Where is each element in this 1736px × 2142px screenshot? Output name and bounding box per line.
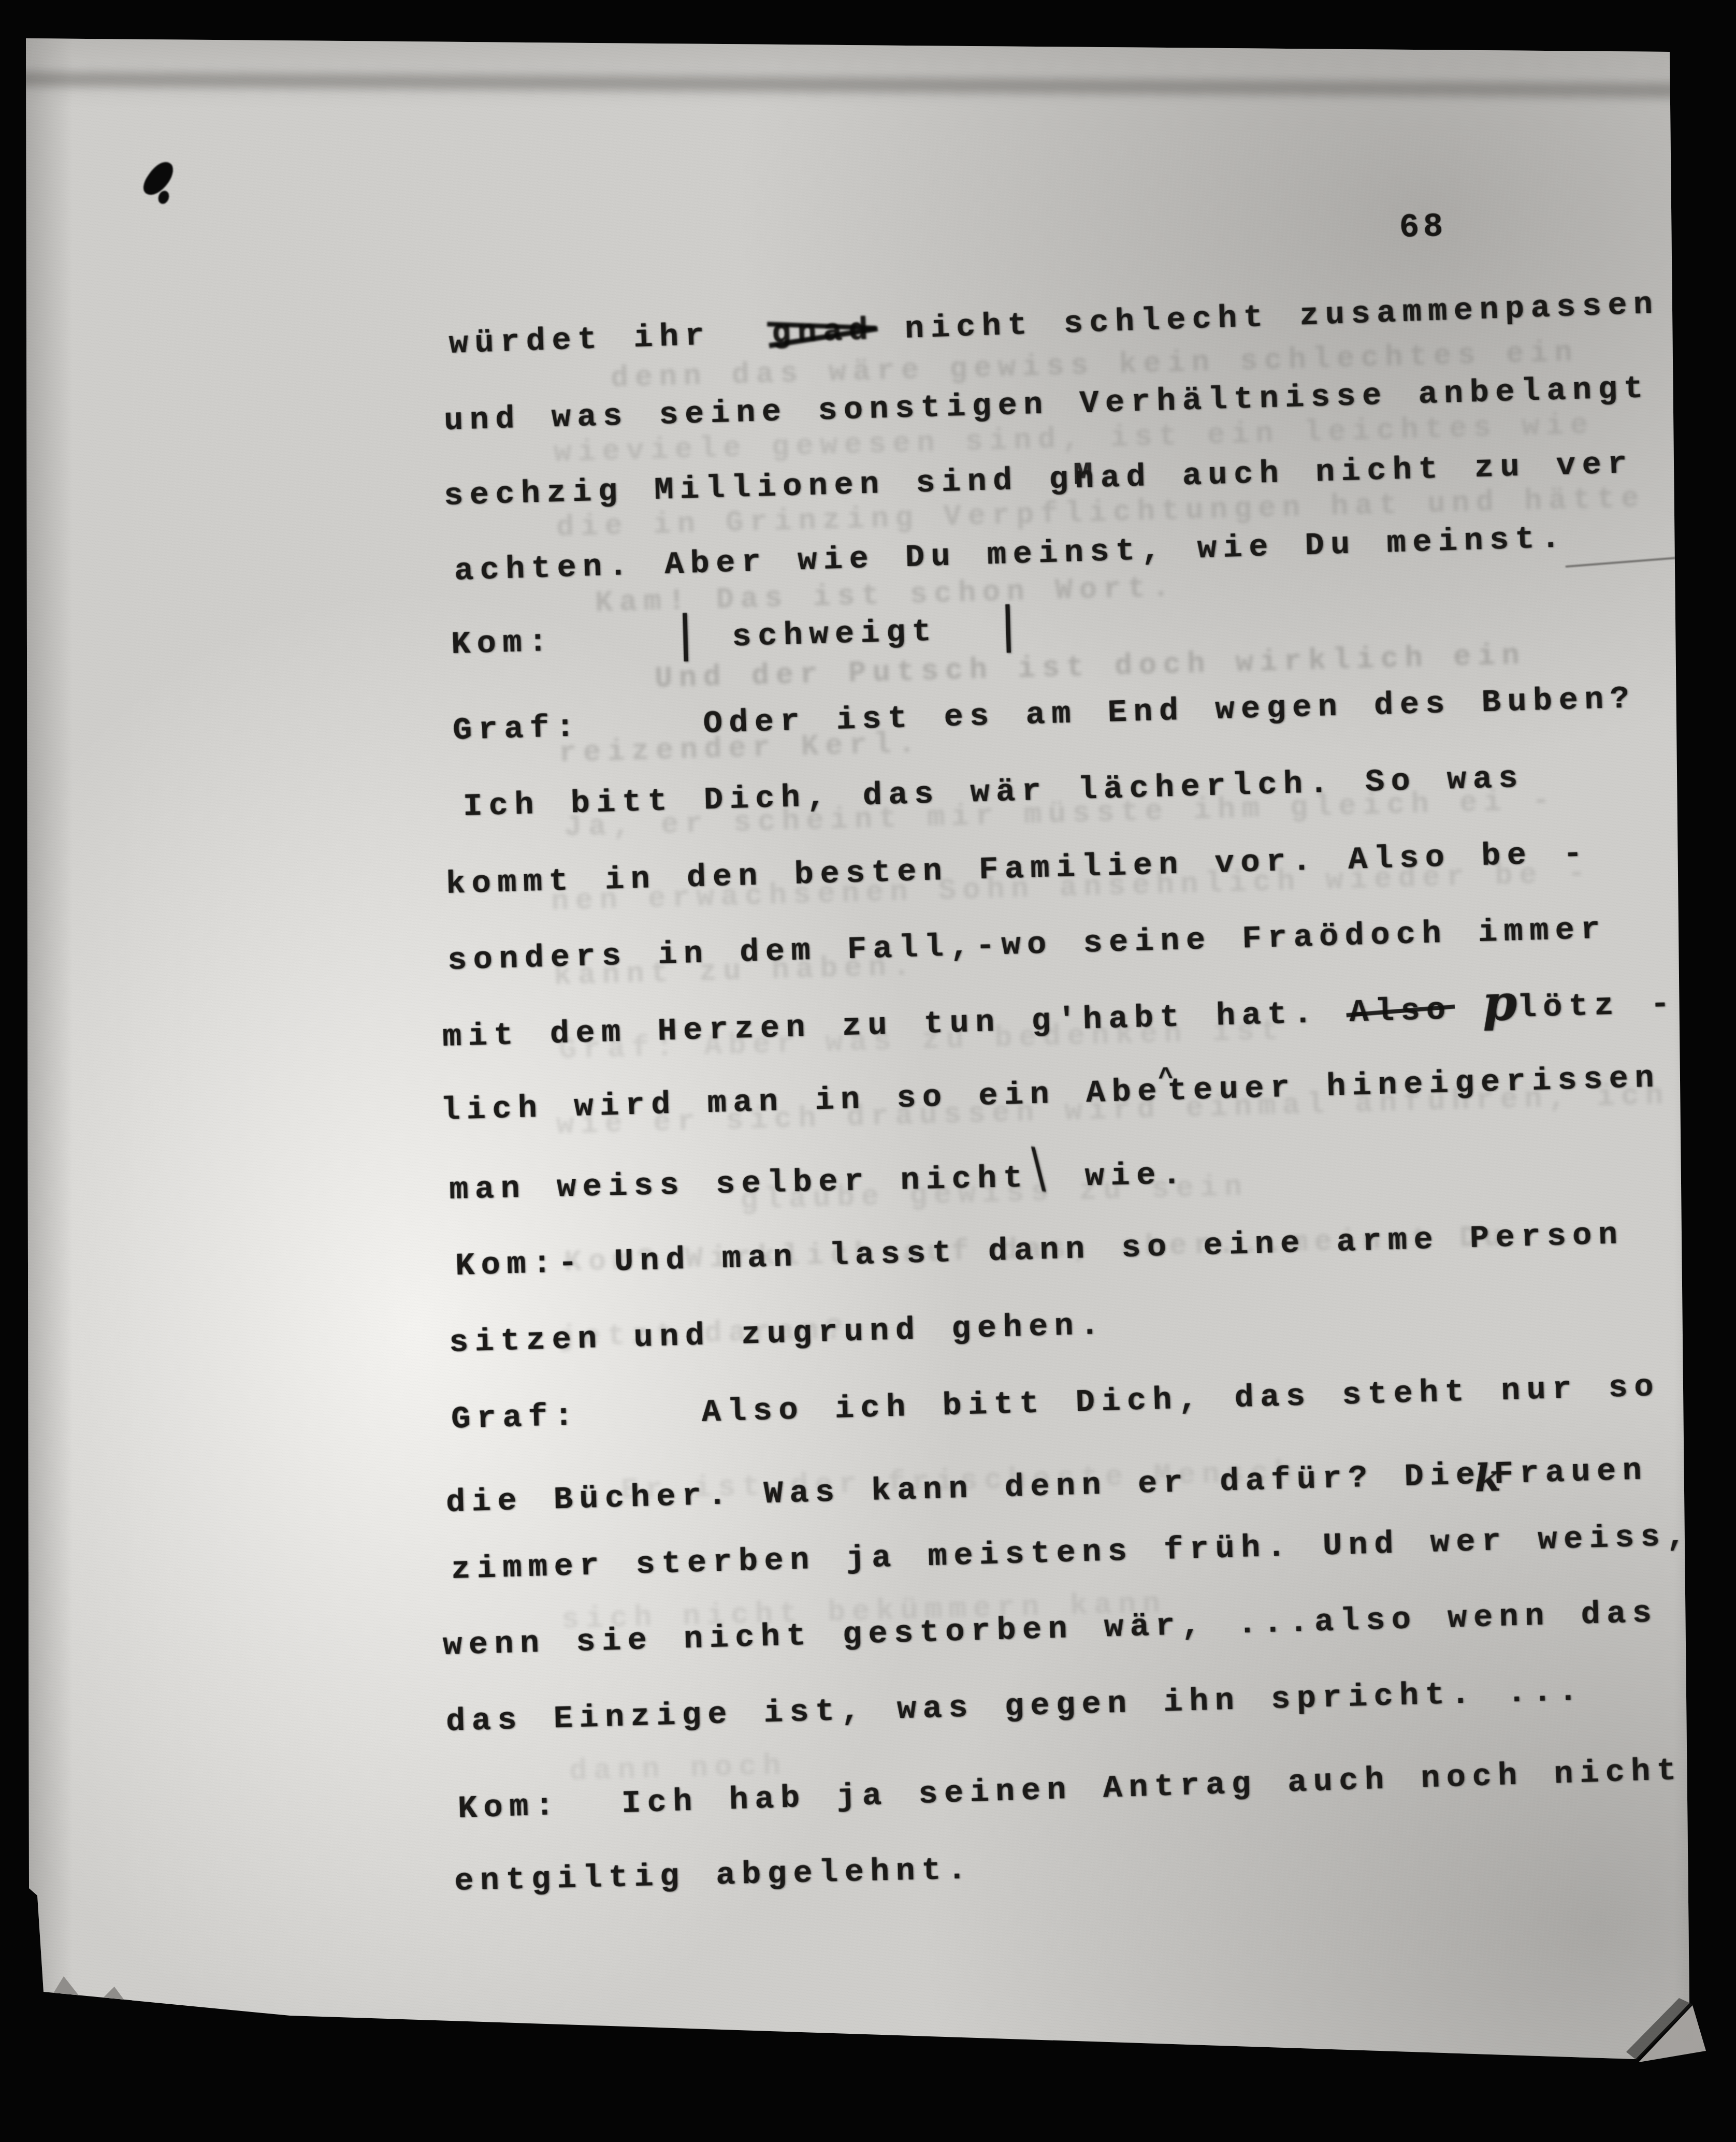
page-number: 68 [1399, 211, 1448, 245]
typed-line: Graf: Oder ist es am End wegen des Buben… [452, 683, 1636, 747]
scan-viewport: { "page": { "number": "68" }, "colors": … [0, 0, 1736, 2142]
pencil-stroke [1565, 555, 1699, 568]
paper-tear [50, 1976, 81, 1999]
typed-line: sitzen und zugrund gehen. [449, 1309, 1106, 1359]
typed-line: die Bücher. Was kann denn er dafür? Diek… [445, 1447, 1648, 1519]
typed-line: Kom:- Und man lasst dann so eine arme Pe… [455, 1219, 1624, 1282]
typed-line: das Einzige ist, was gegen ihn spricht. … [445, 1675, 1584, 1738]
typed-line: zimmer sterben ja meistens früh. Und wer… [451, 1520, 1692, 1586]
scanned-page: 68 denn das wäre gewiss kein schlechtes … [0, 0, 1736, 2142]
typed-line: Graf: Also ich bitt Dich, das steht nur … [451, 1369, 1736, 1436]
ink-blot [139, 157, 178, 200]
typed-line: sonders in dem Fall,-wo seine Fraödoch i… [447, 913, 1607, 977]
typed-line: entgiltig abgelehnt. [454, 1854, 974, 1898]
paper-tear [98, 1987, 127, 2004]
typed-line: Kom: | schweigt | [451, 613, 1024, 661]
